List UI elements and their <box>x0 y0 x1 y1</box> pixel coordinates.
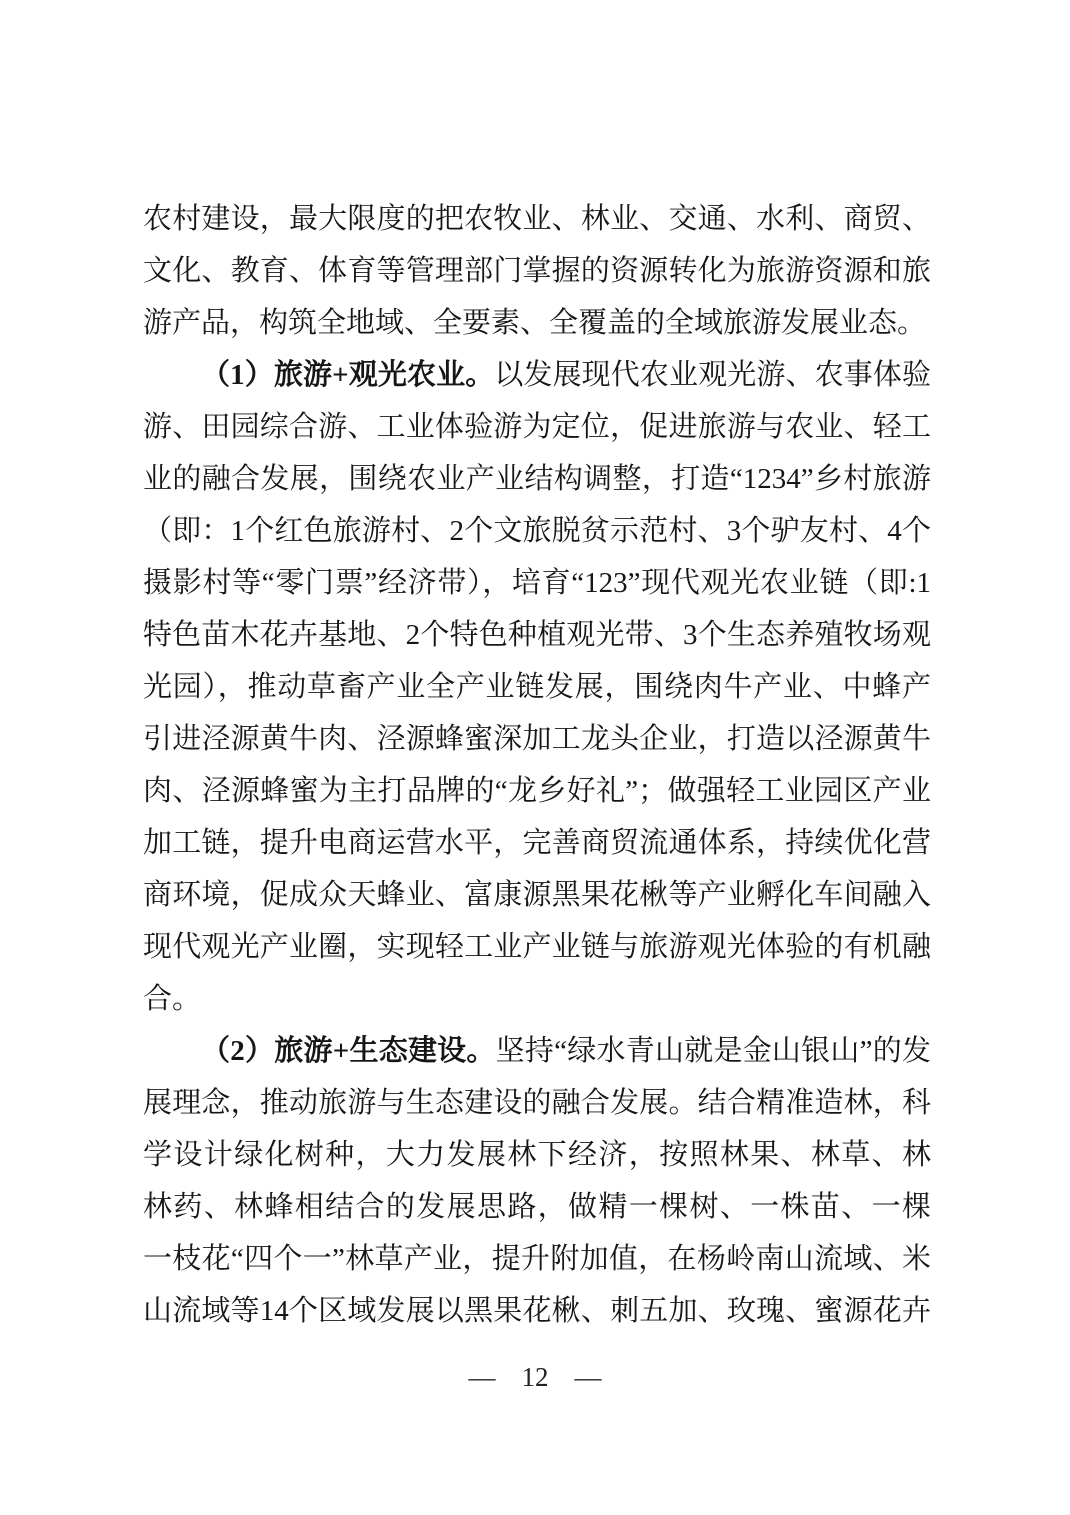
text-line: 现代观光产业圈，实现轻工业产业链与旅游观光体验的有机融 <box>143 921 931 973</box>
text-run: 展理念，推动旅游与生态建设的融合发展。结合精准造林，科 <box>143 1087 931 1119</box>
document-page: 农村建设，最大限度的把农牧业、林业、交通、水利、商贸、文化、教育、体育等管理部门… <box>0 0 1070 1515</box>
text-line: 一枝花“四个一”林草产业，提升附加值，在杨岭南山流域、米缸 <box>143 1233 931 1285</box>
text-run: 现代观光产业圈，实现轻工业产业链与旅游观光体验的有机融 <box>143 931 931 963</box>
text-run: 加工链，提升电商运营水平，完善商贸流通体系，持续优化营 <box>143 827 931 859</box>
text-run: 学设计绿化树种，大力发展林下经济，按照林果、林草、林花、 <box>143 1139 931 1181</box>
page-number: 12 <box>509 1362 562 1392</box>
text-run: 摄影村等“零门票”经济带），培育“123”现代观光农业链（即:1个 <box>143 567 931 609</box>
text-run: 农村建设，最大限度的把农牧业、林业、交通、水利、商贸、 <box>143 203 931 235</box>
text-run: （即：1个红色旅游村、2个文旅脱贫示范村、3个驴友村、4个 <box>143 515 931 547</box>
text-line: （即：1个红色旅游村、2个文旅脱贫示范村、3个驴友村、4个 <box>143 505 931 557</box>
text-line: 林药、林蜂相结合的发展思路，做精一棵树、一株苗、一棵草、 <box>143 1181 931 1233</box>
paragraph-tourism-ecology: （2）旅游+生态建设。坚持“绿水青山就是金山银山”的发展理念，推动旅游与生态建设… <box>143 1025 931 1337</box>
text-line: 特色苗木花卉基地、2个特色种植观光带、3个生态养殖牧场观 <box>143 609 931 661</box>
text-run: 山流域等14个区域发展以黑果花楸、刺五加、玫瑰、蜜源花卉 <box>143 1295 931 1327</box>
text-run: 引进泾源黄牛肉、泾源蜂蜜深加工龙头企业，打造以泾源黄牛 <box>143 723 931 755</box>
text-run: 肉、泾源蜂蜜为主打品牌的“龙乡好礼”；做强轻工业园区产业深 <box>143 775 931 817</box>
text-run: 光园），推动草畜产业全产业链发展，围绕肉牛产业、中蜂产业， <box>143 671 931 713</box>
document-body: 农村建设，最大限度的把农牧业、林业、交通、水利、商贸、文化、教育、体育等管理部门… <box>143 193 931 1337</box>
text-line: 文化、教育、体育等管理部门掌握的资源转化为旅游资源和旅 <box>143 245 931 297</box>
text-line: 展理念，推动旅游与生态建设的融合发展。结合精准造林，科 <box>143 1077 931 1129</box>
text-line: 农村建设，最大限度的把农牧业、林业、交通、水利、商贸、 <box>143 193 931 245</box>
paragraph-continuation: 农村建设，最大限度的把农牧业、林业、交通、水利、商贸、文化、教育、体育等管理部门… <box>143 193 931 349</box>
text-run: 业的融合发展，围绕农业产业结构调整，打造“1234”乡村旅游点 <box>143 463 931 505</box>
text-run: 文化、教育、体育等管理部门掌握的资源转化为旅游资源和旅 <box>143 255 931 287</box>
text-line: （1）旅游+观光农业。以发展现代农业观光游、农事体验 <box>143 349 931 401</box>
text-line: 光园），推动草畜产业全产业链发展，围绕肉牛产业、中蜂产业， <box>143 661 931 713</box>
heading-run: （2）旅游+生态建设。 <box>201 1035 496 1067</box>
text-line: 山流域等14个区域发展以黑果花楸、刺五加、玫瑰、蜜源花卉 <box>143 1285 931 1337</box>
heading-run: （1）旅游+观光农业。 <box>201 359 494 391</box>
text-run: 林药、林蜂相结合的发展思路，做精一棵树、一株苗、一棵草、 <box>143 1191 931 1233</box>
text-run: 游、田园综合游、工业体验游为定位，促进旅游与农业、轻工 <box>143 411 931 443</box>
text-line: 游产品，构筑全地域、全要素、全覆盖的全域旅游发展业态。 <box>143 297 931 349</box>
text-run: 合。 <box>143 983 201 1015</box>
page-footer: —12— <box>0 1360 1070 1394</box>
text-line: 肉、泾源蜂蜜为主打品牌的“龙乡好礼”；做强轻工业园区产业深 <box>143 765 931 817</box>
text-line: 学设计绿化树种，大力发展林下经济，按照林果、林草、林花、 <box>143 1129 931 1181</box>
text-run: 商环境，促成众天蜂业、富康源黑果花楸等产业孵化车间融入 <box>143 879 931 911</box>
text-line: 游、田园综合游、工业体验游为定位，促进旅游与农业、轻工 <box>143 401 931 453</box>
text-run: 以发展现代农业观光游、农事体验 <box>494 359 931 391</box>
text-line: 引进泾源黄牛肉、泾源蜂蜜深加工龙头企业，打造以泾源黄牛 <box>143 713 931 765</box>
footer-dash-left: — <box>456 1362 509 1392</box>
text-run: 游产品，构筑全地域、全要素、全覆盖的全域旅游发展业态。 <box>143 307 926 339</box>
text-line: 加工链，提升电商运营水平，完善商贸流通体系，持续优化营 <box>143 817 931 869</box>
paragraph-tourism-agriculture: （1）旅游+观光农业。以发展现代农业观光游、农事体验游、田园综合游、工业体验游为… <box>143 349 931 1025</box>
text-line: 商环境，促成众天蜂业、富康源黑果花楸等产业孵化车间融入 <box>143 869 931 921</box>
text-line: （2）旅游+生态建设。坚持“绿水青山就是金山银山”的发 <box>143 1025 931 1077</box>
text-line: 合。 <box>143 973 931 1025</box>
text-run: 坚持“绿水青山就是金山银山”的发 <box>496 1035 931 1067</box>
footer-dash-right: — <box>562 1362 615 1392</box>
text-line: 业的融合发展，围绕农业产业结构调整，打造“1234”乡村旅游点 <box>143 453 931 505</box>
text-line: 摄影村等“零门票”经济带），培育“123”现代观光农业链（即:1个 <box>143 557 931 609</box>
text-run: 一枝花“四个一”林草产业，提升附加值，在杨岭南山流域、米缸 <box>143 1243 931 1285</box>
text-run: 特色苗木花卉基地、2个特色种植观光带、3个生态养殖牧场观 <box>143 619 931 651</box>
